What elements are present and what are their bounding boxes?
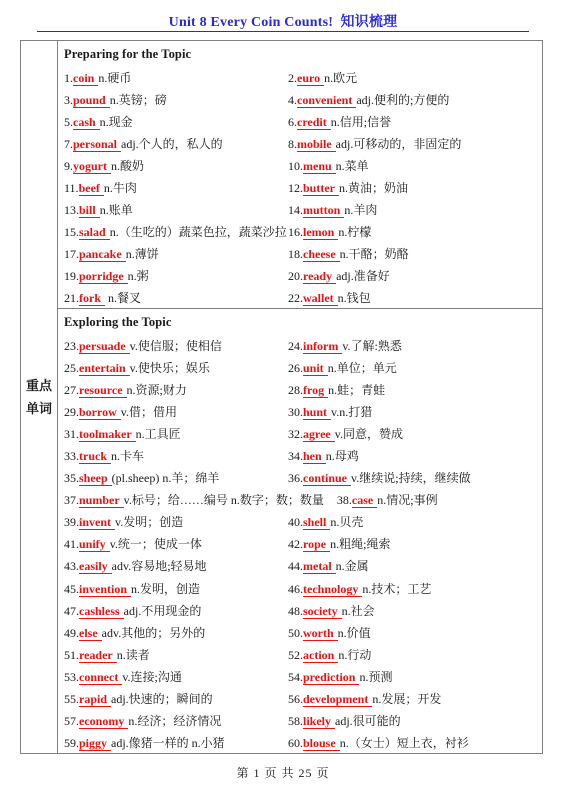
- word-row: 1.coinn.硬币2.euron.欧元: [64, 66, 538, 88]
- entry-number: 25.: [64, 361, 79, 375]
- entry-number: 4.: [288, 93, 297, 107]
- entry-meaning: n.牛肉: [104, 181, 137, 195]
- entry-meaning: v.继续说;持续，继续做: [351, 471, 471, 485]
- entry-number: 14.: [288, 203, 303, 217]
- entry-meaning: v.统一；使成一体: [110, 537, 202, 551]
- entry-meaning: n.蛙；青蛙: [328, 383, 385, 397]
- entry-number: 37.: [64, 493, 79, 507]
- page-title: Unit 8 Every Coin Counts! 知识梳理: [0, 11, 566, 31]
- entry-word: hunt: [303, 405, 331, 420]
- entry-number: 44.: [288, 559, 303, 573]
- vocab-entry: 26.unitn.单位；单元: [288, 359, 538, 376]
- entry-number: 42.: [288, 537, 303, 551]
- entry-number: 47.: [64, 604, 79, 618]
- word-row: 25.entertainv.使快乐；娱乐26.unitn.单位；单元: [64, 356, 538, 378]
- vocab-entry: 8.mobileadj.可移动的，非固定的: [288, 135, 538, 152]
- entry-word: case: [352, 493, 377, 508]
- vocab-entry: 56.developmentn.发展；开发: [288, 690, 538, 707]
- vocab-entry: 3.poundn.英镑；磅: [64, 91, 288, 108]
- entry-meaning: n.读者: [117, 648, 150, 662]
- word-row: 9.yogurtn.酸奶10.menun.菜单: [64, 154, 538, 176]
- entry-number: 38.: [337, 493, 352, 507]
- entry-word: lemon: [303, 225, 338, 240]
- entry-meaning: adj.可移动的，非固定的: [336, 137, 462, 151]
- entry-number: 6.: [288, 115, 297, 129]
- entry-meaning: n.餐叉: [105, 291, 141, 305]
- entry-number: 45.: [64, 582, 79, 596]
- entry-number: 58.: [288, 714, 303, 728]
- entry-meaning: n.硬币: [98, 71, 131, 85]
- entry-meaning: n.技术；工艺: [362, 582, 431, 596]
- word-row: 13.billn.账单14.muttonn.羊肉: [64, 198, 538, 220]
- vocab-entry: 27.resourcen.资源;财力: [64, 381, 288, 398]
- vocab-entry: 36.continuev.继续说;持续，继续做: [288, 469, 538, 486]
- vocab-entry: 53.connectv.连接;沟通: [64, 668, 288, 685]
- vocab-entry: 24.informv.了解:熟悉: [288, 337, 538, 354]
- entry-word: reader: [79, 648, 117, 663]
- vocab-entry: 10.menun.菜单: [288, 157, 538, 174]
- vocab-entry: 60.blousen.（女士）短上衣，衬衫: [288, 734, 538, 751]
- entry-word: wallet: [303, 291, 338, 306]
- entry-number: 10.: [288, 159, 303, 173]
- vocab-entry: 1.coinn.硬币: [64, 69, 288, 86]
- word-row: 37.numberv.标号；给……编号 n.数字；数；数量38.casen.情况…: [64, 489, 538, 511]
- entry-number: 60.: [288, 736, 303, 750]
- entry-number: 18.: [288, 247, 303, 261]
- entry-meaning: n.母鸡: [326, 449, 359, 463]
- entry-meaning: n.英镑；磅: [110, 93, 167, 107]
- word-row: 3.poundn.英镑；磅4.convenientadj.便利的;方便的: [64, 88, 538, 110]
- entry-meaning: adv.其他的；另外的: [102, 626, 206, 640]
- row-header-key-words: 重点 单词: [21, 41, 58, 753]
- vocab-entry: 23.persuadev.使信服；使相信: [64, 337, 288, 354]
- entry-meaning: (pl.sheep) n.羊；绵羊: [112, 471, 220, 485]
- entry-number: 16.: [288, 225, 303, 239]
- entry-meaning: n.资源;财力: [127, 383, 187, 397]
- word-row: 31.toolmakern.工具匠32.agreev.同意，赞成: [64, 422, 538, 444]
- entry-word: cheese: [303, 247, 340, 262]
- entry-meaning: n.贝壳: [330, 515, 363, 529]
- entry-meaning: n.（生吃的）蔬菜色拉，蔬菜沙拉: [110, 225, 287, 239]
- entry-meaning: adj.个人的，私人的: [121, 137, 223, 151]
- word-row: 33.truckn.卡车34.henn.母鸡: [64, 444, 538, 466]
- word-row: 59.piggyadj.像猪一样的 n.小猪60.blousen.（女士）短上衣…: [64, 732, 538, 754]
- entry-number: 56.: [288, 692, 303, 706]
- entry-word: porridge: [79, 269, 128, 284]
- entry-meaning: n.欧元: [324, 71, 357, 85]
- entry-meaning: n.单位；单元: [328, 361, 397, 375]
- entry-meaning: n.价值: [338, 626, 371, 640]
- entry-meaning: adj.便利的;方便的: [356, 93, 449, 107]
- entry-word: else: [79, 626, 102, 641]
- entry-word: rapid: [79, 692, 111, 707]
- word-row: 43.easilyadv.容易地;轻易地44.metaln.金属: [64, 555, 538, 577]
- entry-word: resource: [79, 383, 127, 398]
- entry-meaning: v.使信服；使相信: [130, 339, 222, 353]
- entry-word: fork: [79, 291, 105, 306]
- section-exploring: Exploring the Topic 23.persuadev.使信服；使相信…: [58, 308, 542, 754]
- entry-word: society: [303, 604, 342, 619]
- word-row: 7.personaladj.个人的，私人的8.mobileadj.可移动的，非固…: [64, 132, 538, 154]
- entry-number: 32.: [288, 427, 303, 441]
- entry-number: 20.: [288, 269, 303, 283]
- entry-number: 23.: [64, 339, 79, 353]
- entry-number: 28.: [288, 383, 303, 397]
- word-row: 53.connectv.连接;沟通54.predictionn.预测: [64, 665, 538, 687]
- entry-word: action: [303, 648, 338, 663]
- section-heading: Exploring the Topic: [64, 314, 538, 331]
- entry-meaning: v.同意，赞成: [335, 427, 403, 441]
- vocab-entry: 41.unifyv.统一；使成一体: [64, 535, 288, 552]
- entry-word: butter: [303, 181, 339, 196]
- vocab-entry: 29.borrowv.借；借用: [64, 403, 288, 420]
- entry-meaning: n.经济；经济情况: [128, 714, 221, 728]
- entry-word: pancake: [79, 247, 126, 262]
- entry-number: 40.: [288, 515, 303, 529]
- vocab-entry: 37.numberv.标号；给……编号 n.数字；数；数量: [64, 491, 324, 508]
- entry-word: euro: [297, 71, 324, 86]
- entry-number: 59.: [64, 736, 79, 750]
- entry-meaning: v.借；借用: [121, 405, 177, 419]
- entry-word: rope: [303, 537, 330, 552]
- entry-word: worth: [303, 626, 338, 641]
- vocab-entry: 49.elseadv.其他的；另外的: [64, 624, 288, 641]
- entry-meaning: n.金属: [336, 559, 369, 573]
- entry-word: connect: [79, 670, 122, 685]
- vocab-entry: 28.frogn.蛙；青蛙: [288, 381, 538, 398]
- entry-word: sheep: [79, 471, 112, 486]
- vocab-entry: 33.truckn.卡车: [64, 447, 288, 464]
- entry-number: 48.: [288, 604, 303, 618]
- entry-number: 3.: [64, 93, 73, 107]
- entry-word: unit: [303, 361, 328, 376]
- vocab-entry: 19.porridgen.粥: [64, 267, 288, 284]
- entry-meaning: v.使快乐；娱乐: [130, 361, 210, 375]
- word-row: 39.inventv.发明；创造40.shelln.贝壳: [64, 511, 538, 533]
- entry-number: 30.: [288, 405, 303, 419]
- vocab-entry: 46.technologyn.技术；工艺: [288, 580, 538, 597]
- entry-number: 12.: [288, 181, 303, 195]
- word-row: 19.porridgen.粥20.readyadj.准备好: [64, 264, 538, 286]
- entry-meaning: v.n.打猎: [331, 405, 372, 419]
- entry-number: 39.: [64, 515, 79, 529]
- entry-number: 22.: [288, 291, 303, 305]
- entry-number: 50.: [288, 626, 303, 640]
- title-underline-divider: [37, 31, 529, 32]
- entry-number: 54.: [288, 670, 303, 684]
- vocab-entry: 22.walletn.钱包: [288, 289, 538, 306]
- entry-word: truck: [79, 449, 111, 464]
- entry-word: menu: [303, 159, 336, 174]
- entry-meaning: n.工具匠: [136, 427, 181, 441]
- entry-number: 36.: [288, 471, 303, 485]
- entry-meaning: n.羊肉: [344, 203, 377, 217]
- word-row: 5.cashn.现金6.creditn.信用;信誉: [64, 110, 538, 132]
- entry-word: mutton: [303, 203, 344, 218]
- vocab-entry: 52.actionn.行动: [288, 646, 538, 663]
- entry-word: agree: [303, 427, 335, 442]
- vocab-entry: 57.economyn.经济；经济情况: [64, 712, 288, 729]
- vocab-entry: 17.pancaken.薄饼: [64, 245, 288, 262]
- vocab-entry: 9.yogurtn.酸奶: [64, 157, 288, 174]
- word-row: 11.beefn.牛肉12.buttern.黄油；奶油: [64, 176, 538, 198]
- entry-meaning: n.行动: [338, 648, 371, 662]
- entry-word: piggy: [79, 736, 111, 751]
- word-row: 45.inventionn.发明，创造46.technologyn.技术；工艺: [64, 577, 538, 599]
- entry-number: 52.: [288, 648, 303, 662]
- vocab-entry: 45.inventionn.发明，创造: [64, 580, 288, 597]
- entry-number: 31.: [64, 427, 79, 441]
- vocab-entry: 58.likelyadj.很可能的: [288, 712, 538, 729]
- vocab-entry: 25.entertainv.使快乐；娱乐: [64, 359, 288, 376]
- vocab-entry: 30.huntv.n.打猎: [288, 403, 538, 420]
- vocab-entry: 48.societyn.社会: [288, 602, 538, 619]
- vocab-entry: 2.euron.欧元: [288, 69, 538, 86]
- vocab-entry: 40.shelln.贝壳: [288, 513, 538, 530]
- vocab-entry: 15.saladn.（生吃的）蔬菜色拉，蔬菜沙拉: [64, 223, 288, 240]
- vocab-entry: 43.easilyadv.容易地;轻易地: [64, 557, 288, 574]
- entry-number: 21.: [64, 291, 79, 305]
- entry-meaning: n.账单: [100, 203, 133, 217]
- entry-word: convenient: [297, 93, 356, 108]
- entry-word: credit: [297, 115, 331, 130]
- entry-word: metal: [303, 559, 336, 574]
- entry-word: toolmaker: [79, 427, 136, 442]
- entry-meaning: v.发明；创造: [115, 515, 183, 529]
- entry-word: inform: [303, 339, 342, 354]
- entry-number: 15.: [64, 225, 79, 239]
- word-row: 15.saladn.（生吃的）蔬菜色拉，蔬菜沙拉16.lemonn.柠檬: [64, 220, 538, 242]
- vocab-entry: 5.cashn.现金: [64, 113, 288, 130]
- entry-number: 1.: [64, 71, 73, 85]
- word-row: 23.persuadev.使信服；使相信24.informv.了解:熟悉: [64, 334, 538, 356]
- entry-word: invent: [79, 515, 115, 530]
- vocab-entry: 4.convenientadj.便利的;方便的: [288, 91, 538, 108]
- vocab-entry: 6.creditn.信用;信誉: [288, 113, 538, 130]
- vocab-entry: 38.casen.情况;事例: [337, 491, 538, 508]
- entry-number: 33.: [64, 449, 79, 463]
- entry-meaning: n.发展；开发: [372, 692, 441, 706]
- vocab-entry: 51.readern.读者: [64, 646, 288, 663]
- entry-meaning: n.（女士）短上衣，衬衫: [340, 736, 469, 750]
- entry-word: number: [79, 493, 124, 508]
- entry-word: yogurt: [73, 159, 111, 174]
- entry-number: 34.: [288, 449, 303, 463]
- entry-meaning: n.现金: [100, 115, 133, 129]
- entry-word: salad: [79, 225, 110, 240]
- entry-word: blouse: [303, 736, 340, 751]
- entry-number: 43.: [64, 559, 79, 573]
- entry-meaning: adj.像猪一样的 n.小猪: [111, 736, 225, 750]
- word-row: 21.fork n.餐叉22.walletn.钱包: [64, 286, 538, 308]
- entry-meaning: n.柠檬: [338, 225, 371, 239]
- entry-word: hen: [303, 449, 326, 464]
- entry-word: prediction: [303, 670, 359, 685]
- word-row: 29.borrowv.借；借用30.huntv.n.打猎: [64, 400, 538, 422]
- word-row: 27.resourcen.资源;财力28.frogn.蛙；青蛙: [64, 378, 538, 400]
- vocab-entry: 55.rapidadj.快速的；瞬间的: [64, 690, 288, 707]
- vocab-entry: 34.henn.母鸡: [288, 447, 538, 464]
- entry-word: frog: [303, 383, 328, 398]
- section-heading: Preparing for the Topic: [64, 46, 538, 63]
- vocab-entry: 42.ropen.粗绳;绳索: [288, 535, 538, 552]
- section-rows: 1.coinn.硬币2.euron.欧元3.poundn.英镑；磅4.conve…: [64, 66, 538, 308]
- word-row: 57.economyn.经济；经济情况58.likelyadj.很可能的: [64, 710, 538, 732]
- entry-number: 7.: [64, 137, 73, 151]
- entry-meaning: n.菜单: [336, 159, 369, 173]
- vocab-entry: 50.worthn.价值: [288, 624, 538, 641]
- entry-number: 29.: [64, 405, 79, 419]
- entry-meaning: n.粥: [128, 269, 149, 283]
- vocab-entry: 14.muttonn.羊肉: [288, 201, 538, 218]
- entry-number: 27.: [64, 383, 79, 397]
- entry-meaning: n.情况;事例: [377, 493, 437, 507]
- section-preparing: Preparing for the Topic 1.coinn.硬币2.euro…: [58, 41, 542, 308]
- entry-number: 55.: [64, 692, 79, 706]
- section-rows: 23.persuadev.使信服；使相信24.informv.了解:熟悉25.e…: [64, 334, 538, 754]
- entry-meaning: v.连接;沟通: [122, 670, 182, 684]
- entry-word: mobile: [297, 137, 336, 152]
- vocab-entry: 11.beefn.牛肉: [64, 179, 288, 196]
- word-row: 55.rapidadj.快速的；瞬间的56.developmentn.发展；开发: [64, 688, 538, 710]
- entry-word: personal: [73, 137, 121, 152]
- word-row: 17.pancaken.薄饼18.cheesen.干酪；奶酪: [64, 242, 538, 264]
- vocab-entry: 32.agreev.同意，赞成: [288, 425, 538, 442]
- entry-meaning: adj.很可能的: [335, 714, 401, 728]
- entry-number: 24.: [288, 339, 303, 353]
- entry-word: cash: [73, 115, 100, 130]
- entry-meaning: n.卡车: [111, 449, 144, 463]
- entry-word: bill: [79, 203, 100, 218]
- vocab-entry: 18.cheesen.干酪；奶酪: [288, 245, 538, 262]
- entry-number: 5.: [64, 115, 73, 129]
- entry-meaning: n.干酪；奶酪: [340, 247, 409, 261]
- entry-word: beef: [79, 181, 104, 196]
- vocab-entry: 13.billn.账单: [64, 201, 288, 218]
- entry-number: 2.: [288, 71, 297, 85]
- entry-word: continue: [303, 471, 351, 486]
- entry-word: development: [303, 692, 372, 707]
- entry-number: 19.: [64, 269, 79, 283]
- vocab-entry: 16.lemonn.柠檬: [288, 223, 538, 240]
- entry-word: entertain: [79, 361, 130, 376]
- entry-meaning: v.标号；给……编号 n.数字；数；数量: [124, 493, 324, 507]
- entry-word: invention: [79, 582, 131, 597]
- entry-word: likely: [303, 714, 335, 729]
- page-number: 第 1 页 共 25 页: [0, 764, 566, 781]
- entry-word: coin: [73, 71, 98, 86]
- entry-number: 13.: [64, 203, 79, 217]
- word-row: 47.cashlessadj.不用现金的48.societyn.社会: [64, 599, 538, 621]
- entry-number: 51.: [64, 648, 79, 662]
- entry-number: 53.: [64, 670, 79, 684]
- vocab-entry: 44.metaln.金属: [288, 557, 538, 574]
- entry-meaning: n.信用;信誉: [331, 115, 391, 129]
- entry-word: economy: [79, 714, 128, 729]
- entry-meaning: n.粗绳;绳索: [330, 537, 390, 551]
- entry-meaning: n.黄油；奶油: [339, 181, 408, 195]
- entry-word: easily: [79, 559, 112, 574]
- entry-meaning: n.社会: [342, 604, 375, 618]
- vocab-entry: 59.piggyadj.像猪一样的 n.小猪: [64, 734, 288, 751]
- entry-word: unify: [79, 537, 110, 552]
- entry-meaning: v.了解:熟悉: [342, 339, 402, 353]
- entry-meaning: n.酸奶: [111, 159, 144, 173]
- vocab-entry: 20.readyadj.准备好: [288, 267, 538, 284]
- entry-meaning: adv.容易地;轻易地: [112, 559, 207, 573]
- entry-number: 41.: [64, 537, 79, 551]
- entry-word: cashless: [79, 604, 124, 619]
- entry-number: 17.: [64, 247, 79, 261]
- entry-word: pound: [73, 93, 110, 108]
- entry-meaning: n.发明，创造: [131, 582, 200, 596]
- entry-number: 35.: [64, 471, 79, 485]
- word-row: 35.sheep(pl.sheep) n.羊；绵羊36.continuev.继续…: [64, 467, 538, 489]
- vocab-content: Preparing for the Topic 1.coinn.硬币2.euro…: [58, 41, 542, 753]
- entry-word: shell: [303, 515, 330, 530]
- vocab-entry: 31.toolmakern.工具匠: [64, 425, 288, 442]
- entry-number: 9.: [64, 159, 73, 173]
- entry-number: 11.: [64, 181, 79, 195]
- vocab-entry: 21.fork n.餐叉: [64, 289, 288, 306]
- word-row: 49.elseadv.其他的；另外的50.worthn.价值: [64, 621, 538, 643]
- entry-meaning: n.预测: [359, 670, 392, 684]
- entry-meaning: adj.快速的；瞬间的: [111, 692, 213, 706]
- entry-word: persuade: [79, 339, 130, 354]
- entry-meaning: n.薄饼: [126, 247, 159, 261]
- entry-meaning: n.钱包: [338, 291, 371, 305]
- entry-word: ready: [303, 269, 336, 284]
- entry-number: 46.: [288, 582, 303, 596]
- entry-word: technology: [303, 582, 362, 597]
- vocab-entry: 54.predictionn.预测: [288, 668, 538, 685]
- word-row: 51.readern.读者52.actionn.行动: [64, 643, 538, 665]
- word-row: 41.unifyv.统一；使成一体42.ropen.粗绳;绳索: [64, 533, 538, 555]
- entry-meaning: adj.准备好: [336, 269, 390, 283]
- entry-meaning: adj.不用现金的: [124, 604, 202, 618]
- vocab-entry: 35.sheep(pl.sheep) n.羊；绵羊: [64, 469, 288, 486]
- vocab-entry: 47.cashlessadj.不用现金的: [64, 602, 288, 619]
- vocab-table: 重点 单词 Preparing for the Topic 1.coinn.硬币…: [20, 40, 543, 754]
- entry-number: 49.: [64, 626, 79, 640]
- vocab-entry: 7.personaladj.个人的，私人的: [64, 135, 288, 152]
- entry-word: borrow: [79, 405, 121, 420]
- vocab-entry: 12.buttern.黄油；奶油: [288, 179, 538, 196]
- row-header-line-2: 单词: [26, 402, 52, 416]
- entry-number: 26.: [288, 361, 303, 375]
- entry-number: 57.: [64, 714, 79, 728]
- row-header-line-1: 重点: [26, 379, 52, 393]
- vocab-entry: 39.inventv.发明；创造: [64, 513, 288, 530]
- entry-number: 8.: [288, 137, 297, 151]
